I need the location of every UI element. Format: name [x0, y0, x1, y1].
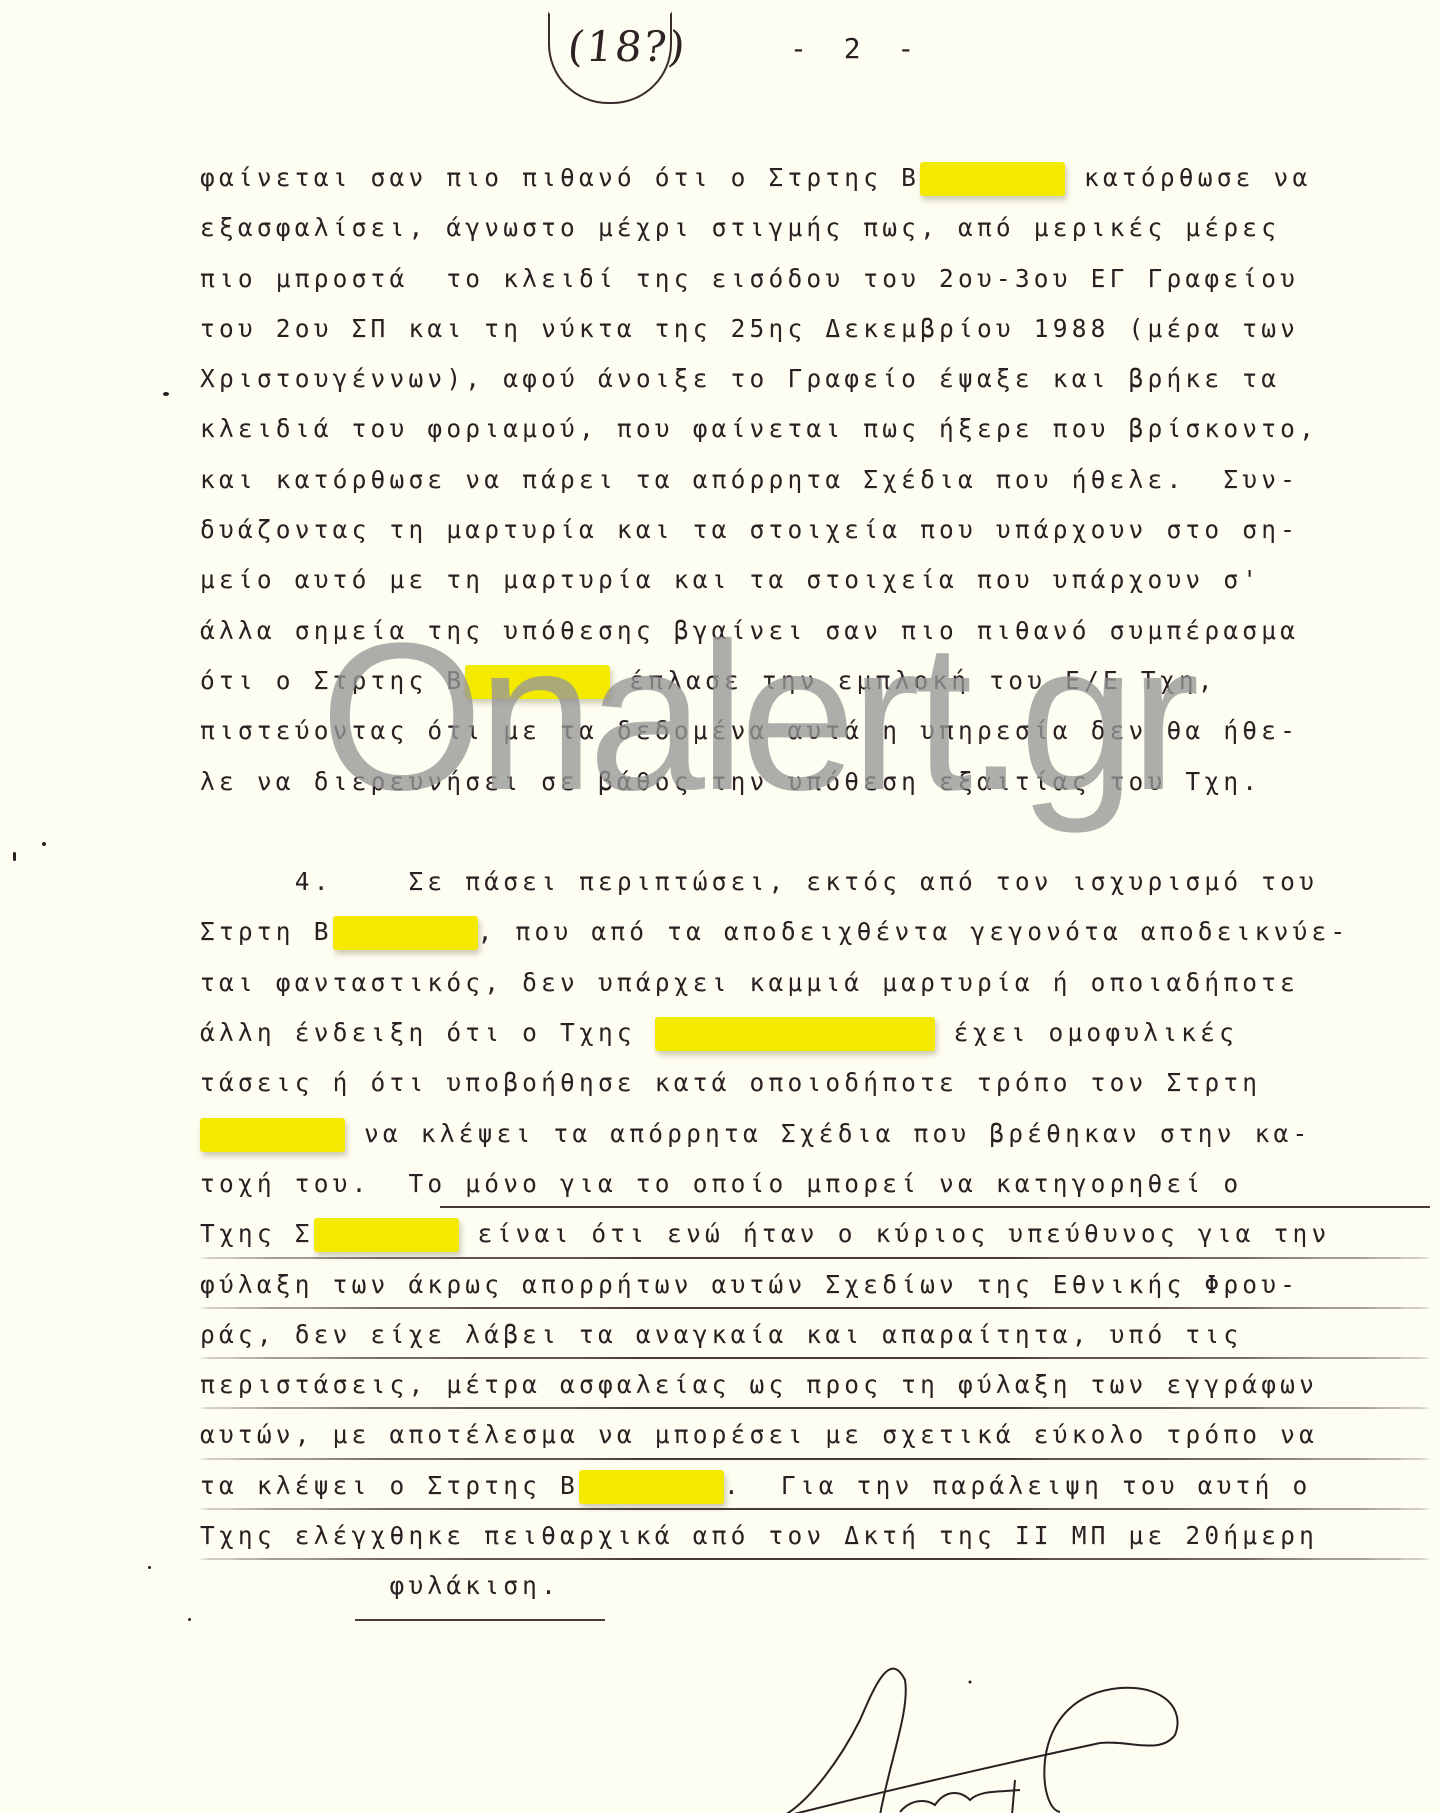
line-text: , που από τα αποδειχθέντα γεγονότα αποδε… — [478, 917, 1350, 946]
redaction-mark — [579, 1470, 724, 1504]
text-line: τα κλέψει ο Στρτης Β. Για την παράλειψη … — [200, 1466, 1430, 1516]
text-line: να κλέψει τα απόρρητα Σχέδια που βρέθηκα… — [200, 1114, 1430, 1164]
redaction-mark — [333, 916, 478, 950]
text-line: περιστάσεις, μέτρα ασφαλείας ως προς τη … — [200, 1365, 1430, 1415]
margin-mark — [188, 1618, 191, 1621]
text-line: εξασφαλίσει, άγνωστο μέχρι στιγμής πως, … — [200, 208, 1430, 258]
line-text: κατόρθωσε να — [1065, 163, 1311, 192]
text-line: δυάζοντας τη μαρτυρία και τα στοιχεία πο… — [200, 510, 1430, 560]
signature — [690, 1640, 1250, 1813]
margin-mark — [13, 852, 16, 861]
text-line: τάσεις ή ότι υποβοήθησε κατά οποιοδήποτε… — [200, 1063, 1430, 1113]
redaction-mark — [200, 1118, 345, 1152]
watermark: Onalert.gr — [320, 612, 1194, 822]
line-text: Στρτη Β — [200, 917, 333, 946]
line-text: Τχης Σ — [200, 1219, 314, 1248]
text-line: ράς, δεν είχε λάβει τα αναγκαία και απαρ… — [200, 1315, 1430, 1365]
margin-mark — [148, 1566, 151, 1569]
text-line: και κατόρθωσε να πάρει τα απόρρητα Σχέδι… — [200, 460, 1430, 510]
text-line: Στρτη Β, που από τα αποδειχθέντα γεγονότ… — [200, 912, 1430, 962]
line-text: φαίνεται σαν πιο πιθανό ότι ο Στρτης Β — [200, 163, 920, 192]
redaction-mark — [655, 1017, 935, 1051]
text-line: φυλάκιση. — [200, 1566, 1430, 1616]
text-line: τοχή του. Το μόνο για το οποίο μπορεί να… — [200, 1164, 1430, 1214]
line-text: να κλέψει τα απόρρητα Σχέδια που βρέθηκα… — [345, 1119, 1311, 1148]
text-line: ται φανταστικός, δεν υπάρχει καμμιά μαρτ… — [200, 963, 1430, 1013]
archive-number: (18?) — [565, 22, 689, 71]
redaction-mark — [920, 162, 1065, 196]
margin-mark — [42, 842, 46, 846]
text-line: 4. Σε πάσει περιπτώσει, εκτός από τον ισ… — [200, 862, 1430, 912]
text-line: αυτών, με αποτέλεσμα να μπορέσει με σχετ… — [200, 1415, 1430, 1465]
text-line: φύλαξη των άκρως απορρήτων αυτών Σχεδίων… — [200, 1265, 1430, 1315]
line-text: είναι ότι ενώ ήταν ο κύριος υπεύθυνος γι… — [459, 1219, 1331, 1248]
line-text: άλλη ένδειξη ότι ο Τχης — [200, 1018, 655, 1047]
text-line: φαίνεται σαν πιο πιθανό ότι ο Στρτης Β κ… — [200, 158, 1430, 208]
text-line: Χριστουγέννων), αφού άνοιξε το Γραφείο έ… — [200, 359, 1430, 409]
line-text: τα κλέψει ο Στρτης Β — [200, 1471, 579, 1500]
document-body: φαίνεται σαν πιο πιθανό ότι ο Στρτης Β κ… — [200, 158, 1430, 1617]
page-number: - 2 - — [790, 32, 924, 65]
redaction-mark — [314, 1218, 459, 1252]
text-line: Τχης Σ είναι ότι ενώ ήταν ο κύριος υπεύθ… — [200, 1214, 1430, 1264]
text-line: του 2ου ΣΠ και τη νύκτα της 25ης Δεκεμβρ… — [200, 309, 1430, 359]
text-line: άλλη ένδειξη ότι ο Τχης έχει ομοφυλικές — [200, 1013, 1430, 1063]
line-text: . Για την παράλειψη του αυτή ο — [724, 1471, 1311, 1500]
margin-mark — [163, 392, 169, 396]
text-line: πιο μπροστά το κλειδί της εισόδου του 2ο… — [200, 259, 1430, 309]
text-line: κλειδιά του φοριαμού, που φαίνεται πως ή… — [200, 409, 1430, 459]
text-line: Τχης ελέγχθηκε πειθαρχικά από τον Δκτή τ… — [200, 1516, 1430, 1566]
line-text: έχει ομοφυλικές — [935, 1018, 1238, 1047]
